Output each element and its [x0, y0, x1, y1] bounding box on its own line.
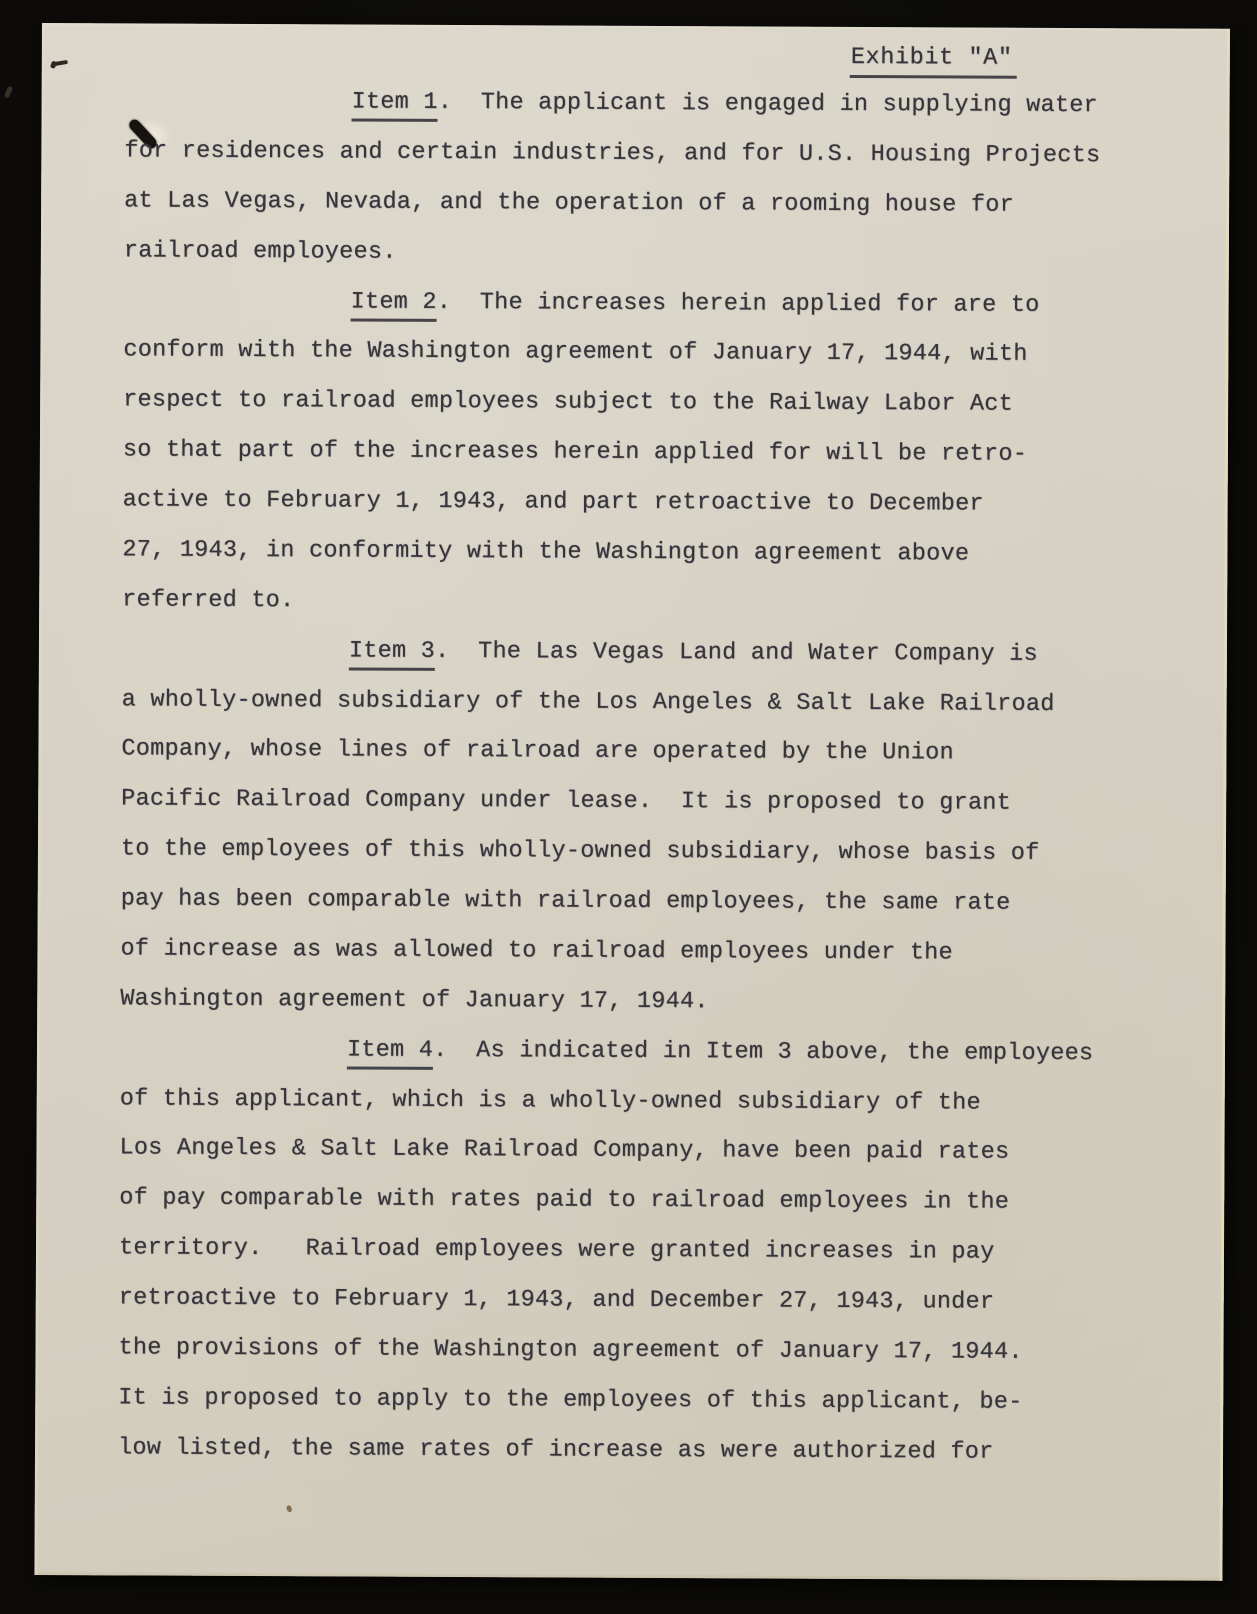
- item-3-line-4: Pacific Railroad Company under lease. It…: [121, 784, 1196, 839]
- item-2-line-2: conform with the Washington agreement of…: [123, 335, 1198, 390]
- item-2-line-1: Item 2. The increases herein applied for…: [123, 285, 1198, 340]
- item-1-first-line-text: . The applicant is engaged in supplying …: [438, 89, 1098, 119]
- item-4-line-2: of this applicant, which is a wholly-own…: [120, 1083, 1195, 1138]
- item-4-line-6: retroactive to February 1, 1943, and Dec…: [119, 1282, 1194, 1337]
- item-4-line-4: of pay comparable with rates paid to rai…: [119, 1183, 1194, 1238]
- item-1-line-1: Item 1. The applicant is engaged in supp…: [124, 85, 1199, 140]
- item-3-label: Item 3: [349, 635, 435, 670]
- item-4-line-3: Los Angeles & Salt Lake Railroad Company…: [119, 1133, 1194, 1188]
- item-3-line-6: pay has been comparable with railroad em…: [121, 883, 1196, 938]
- item-1-line-2: for residences and certain industries, a…: [124, 135, 1199, 190]
- item-3-line-3: Company, whose lines of railroad are ope…: [121, 734, 1196, 789]
- item-2-line-6: 27, 1943, in conformity with the Washing…: [122, 534, 1197, 589]
- item-3-line-7: of increase as was allowed to railroad e…: [120, 933, 1195, 988]
- item-1-line-4: railroad employees.: [124, 235, 1199, 290]
- item-4-line-9: low listed, the same rates of increase a…: [118, 1432, 1193, 1487]
- document-title-text: Exhibit "A": [850, 43, 1017, 79]
- document-body: Item 1. The applicant is engaged in supp…: [118, 85, 1200, 1487]
- pen-tick-mark: [53, 60, 68, 66]
- scanned-page: { "theme": { "background_color": "#0c0b0…: [0, 0, 1257, 1614]
- fiber-speck-mark: [286, 1505, 293, 1513]
- item-2-line-5: active to February 1, 1943, and part ret…: [123, 484, 1198, 539]
- item-2-line-3: respect to railroad employees subject to…: [123, 385, 1198, 440]
- item-4-line-1: Item 4. As indicated in Item 3 above, th…: [120, 1033, 1195, 1088]
- item-4-line-5: territory. Railroad employees were grant…: [119, 1233, 1194, 1288]
- item-1-line-3: at Las Vegas, Nevada, and the operation …: [124, 185, 1199, 240]
- item-2-line-4: so that part of the increases herein app…: [123, 435, 1198, 490]
- item-3-line-8: Washington agreement of January 17, 1944…: [120, 983, 1195, 1038]
- item-3-line-2: a wholly-owned subsidiary of the Los Ang…: [122, 684, 1197, 739]
- item-3-first-line-text: . The Las Vegas Land and Water Company i…: [435, 638, 1038, 668]
- item-4-line-7: the provisions of the Washington agreeme…: [118, 1332, 1193, 1387]
- document-paper: Exhibit "A" Item 1. The applicant is eng…: [34, 23, 1230, 1581]
- item-4-line-8: It is proposed to apply to the employees…: [118, 1382, 1193, 1437]
- item-4-label: Item 4: [347, 1034, 433, 1069]
- document-title: Exhibit "A": [850, 43, 1017, 79]
- item-4-first-line-text: . As indicated in Item 3 above, the empl…: [433, 1037, 1093, 1067]
- item-1-label: Item 1: [352, 87, 438, 122]
- item-2-label: Item 2: [351, 286, 437, 321]
- item-3-line-1: Item 3. The Las Vegas Land and Water Com…: [122, 634, 1197, 689]
- item-3-line-5: to the employees of this wholly-owned su…: [121, 834, 1196, 889]
- item-2-line-7: referred to.: [122, 584, 1197, 639]
- item-2-first-line-text: . The increases herein applied for are t…: [437, 288, 1040, 318]
